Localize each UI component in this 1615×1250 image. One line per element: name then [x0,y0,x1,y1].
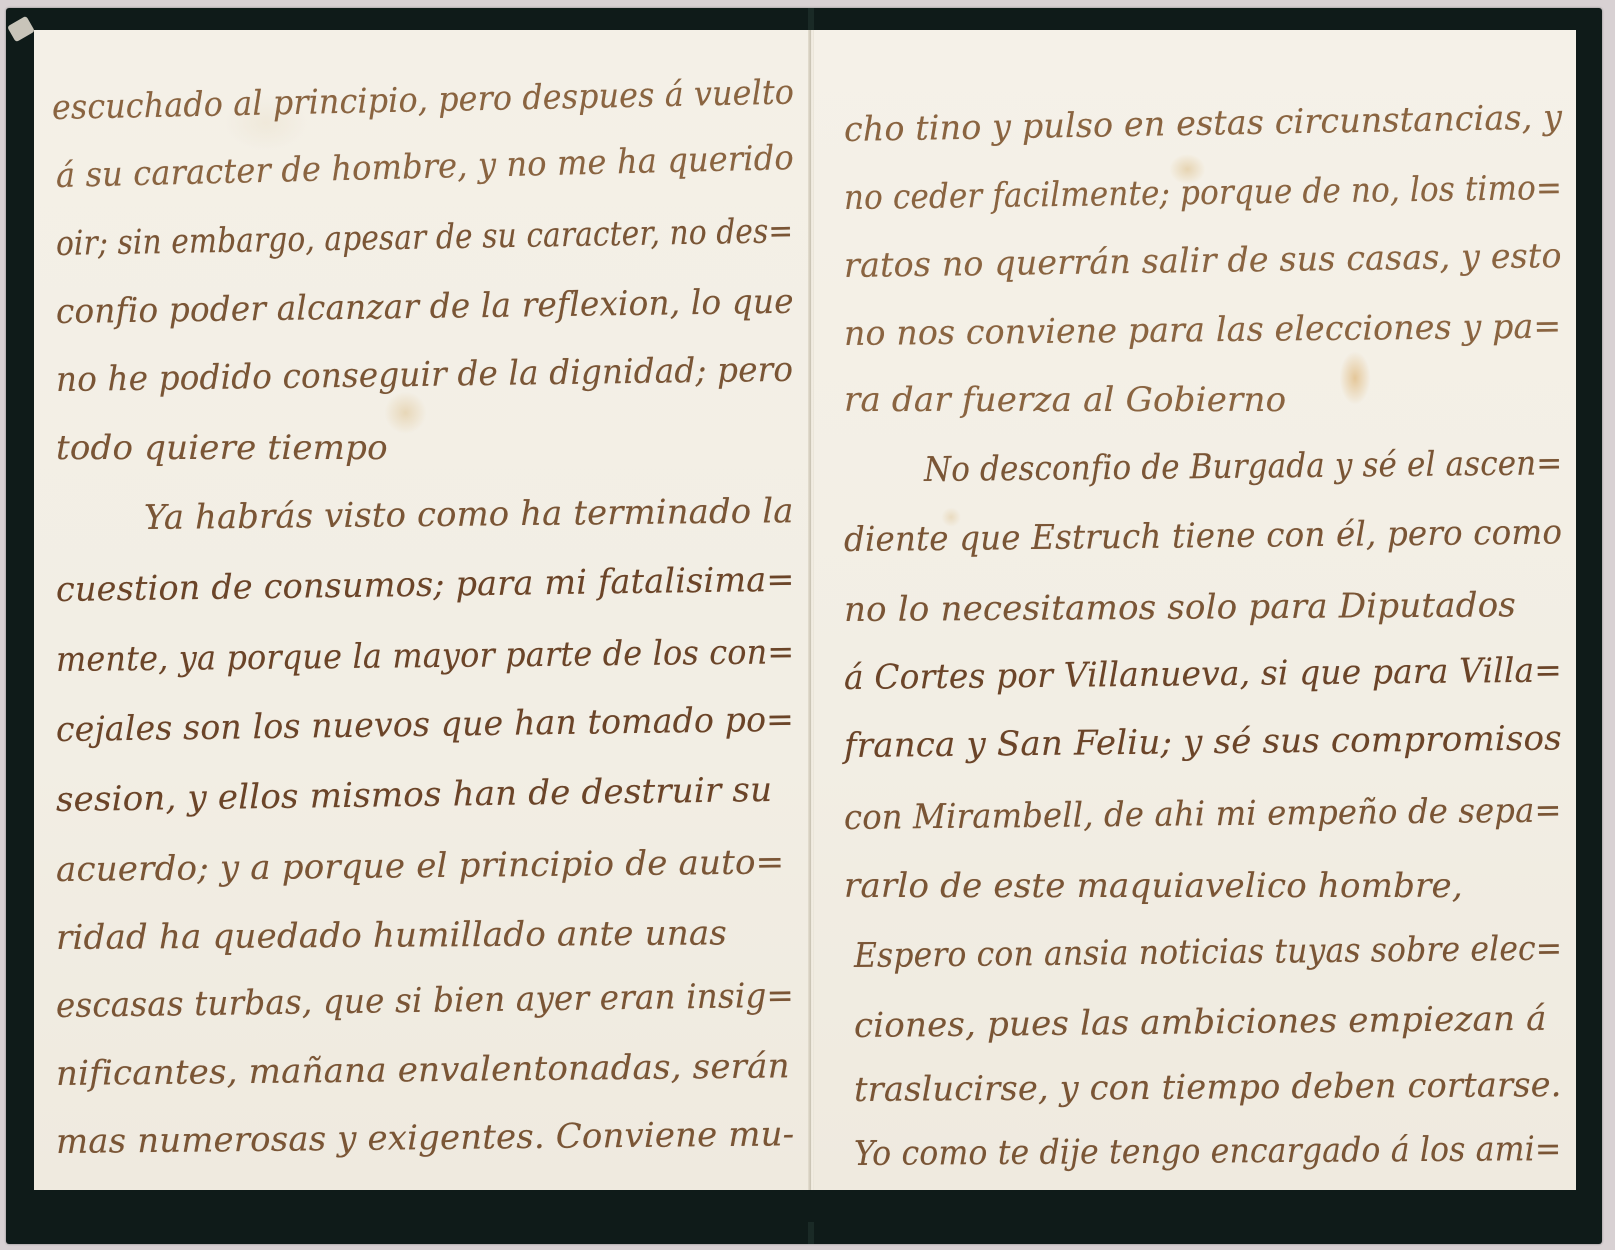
handwritten-line: con Mirambell, de ahi mi empeño de sepa= [844,790,1562,838]
handwritten-line: ciones, pues las ambiciones empiezan á [854,999,1547,1046]
handwritten-line: cuestion de consumos; para mi fatalisima… [56,560,795,610]
handwritten-line: franca y San Feliu; y sé sus compromisos [844,718,1562,766]
handwritten-line: cejales son los nuevos que han tomado po… [56,700,795,750]
handwritten-line: no he podido conseguir de la dignidad; p… [56,350,794,400]
handwritten-line: Yo como te dije tengo encargado á los am… [854,1129,1562,1174]
handwritten-line: escasas turbas, que si bien ayer eran in… [56,976,794,1026]
handwritten-line: traslucirse, y con tiempo deben cortarse… [854,1065,1562,1110]
fold-border-top [808,8,814,30]
handwritten-line: escuchado al principio, pero despues á v… [52,72,795,128]
handwritten-line: sesion, y ellos mismos han de destruir s… [56,770,773,820]
handwritten-line: Espero con ansia noticias tuyas sobre el… [854,929,1563,976]
handwritten-line: mente, ya porque la mayor parte de los c… [56,632,795,680]
handwritten-line: ratos no querrán salir de sus casas, y e… [844,236,1562,286]
handwritten-line: no lo necesitamos solo para Diputados [844,585,1516,630]
handwritten-line: mas numerosas y exigentes. Conviene mu- [56,1114,795,1162]
letter-sheet: escuchado al principio, pero despues á v… [6,8,1602,1244]
left-page: escuchado al principio, pero despues á v… [34,30,808,1190]
handwritten-line: no ceder facilmente; porque de no, los t… [844,168,1563,218]
handwritten-line: rarlo de este maquiavelico hombre, [844,866,1463,906]
handwritten-line: cho tino y pulso en estas circunstancias… [844,97,1563,150]
handwritten-line: Ya habrás visto como ha terminado la [144,491,794,538]
corner-tape [7,16,35,43]
handwritten-line: ra dar fuerza al Gobierno [844,380,1286,420]
right-page: cho tino y pulso en estas circunstancias… [814,30,1576,1190]
handwritten-line: confio poder alcanzar de la reflexion, l… [56,282,794,332]
handwritten-line: á su caracter de hombre, y no me ha quer… [56,138,795,196]
handwritten-line: No desconfio de Burgada y sé el ascen= [924,443,1563,490]
handwritten-line: diente que Estruch tiene con él, pero co… [844,512,1563,560]
handwritten-line: nificantes, mañana envalentonadas, serán [56,1046,790,1094]
handwritten-line: todo quiere tiempo [56,428,388,468]
handwritten-line: acuerdo; y a porque el principio de auto… [56,842,785,890]
handwritten-line: no nos conviene para las elecciones y pa… [844,306,1562,354]
handwritten-line: ridad ha quedado humillado ante unas [56,913,727,958]
handwritten-line: á Cortes por Villanueva, si que para Vil… [844,650,1562,698]
fold-border-bottom [808,1222,814,1244]
handwritten-line: oir; sin embargo, apesar de su caracter,… [56,211,794,264]
